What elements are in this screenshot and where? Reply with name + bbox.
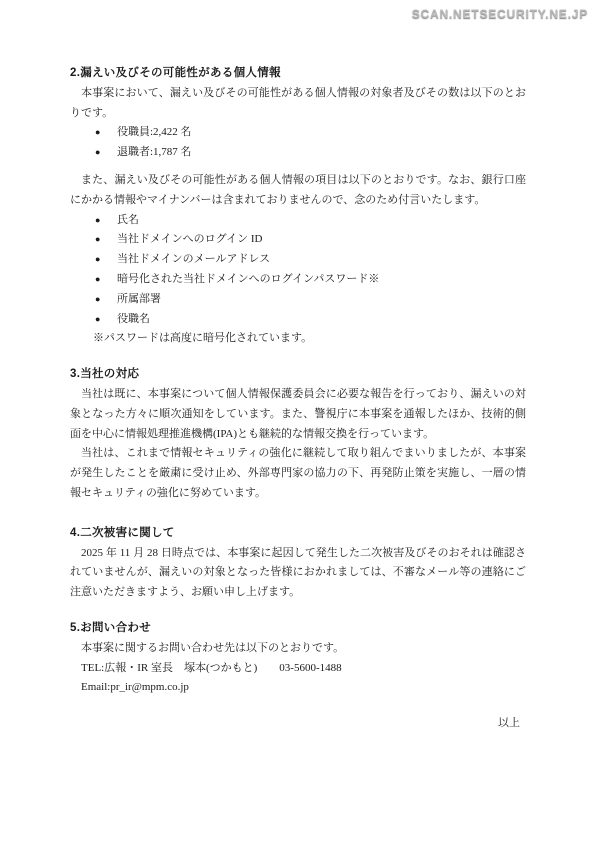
watermark: SCAN.NETSECURITY.NE.JP [412,7,588,21]
section-heading: 3.当社の対応 [70,365,526,385]
section-heading: 5.お問い合わせ [70,619,526,639]
paragraph: 当社は既に、本事案について個人情報保護委員会に必要な報告を行っており、漏えいの対… [70,385,526,444]
paragraph: 本事案において、漏えい及びその可能性がある個人情報の対象者及びその数は以下のとお… [70,84,526,124]
section-heading: 2.漏えい及びその可能性がある個人情報 [70,64,526,84]
document-content: 2.漏えい及びその可能性がある個人情報 本事案において、漏えい及びその可能性があ… [70,64,526,745]
bullet-item: 当社ドメインへのログイン ID [70,230,526,250]
section-leaked-personal-info: 2.漏えい及びその可能性がある個人情報 本事案において、漏えい及びその可能性があ… [70,64,526,349]
paragraph: また、漏えい及びその可能性がある個人情報の項目は以下のとおりです。なお、銀行口座… [70,171,526,211]
bullet-item: 退職者:1,787 名 [70,143,526,163]
bullet-item: 暗号化された当社ドメインへのログインパスワード※ [70,270,526,290]
bullet-item: 役職名 [70,310,526,330]
bullet-item: 氏名 [70,211,526,231]
leaked-items-list: 氏名 当社ドメインへのログイン ID 当社ドメインのメールアドレス 暗号化された… [70,211,526,330]
section-company-response: 3.当社の対応 当社は既に、本事案について個人情報保護委員会に必要な報告を行って… [70,365,526,504]
section-secondary-damage: 4.二次被害に関して 2025 年 11 月 28 日時点では、本事案に起因して… [70,524,526,603]
contact-email: Email:pr_ir@mpm.co.jp [70,678,526,698]
section-contact: 5.お問い合わせ 本事案に関するお問い合わせ先は以下のとおりです。 TEL:広報… [70,619,526,698]
bullet-item: 所属部署 [70,290,526,310]
footnote: ※パスワードは高度に暗号化されています。 [70,329,526,349]
contact-intro: 本事案に関するお問い合わせ先は以下のとおりです。 [70,639,526,659]
section-heading: 4.二次被害に関して [70,524,526,544]
paragraph: 2025 年 11 月 28 日時点では、本事案に起因して発生した二次被害及びそ… [70,544,526,603]
document-page: SCAN.NETSECURITY.NE.JP 2.漏えい及びその可能性がある個人… [0,0,595,841]
closing-mark: 以上 [70,714,526,734]
affected-count-list: 役職員:2,422 名 退職者:1,787 名 [70,123,526,163]
bullet-item: 当社ドメインのメールアドレス [70,250,526,270]
contact-tel: TEL:広報・IR 室長 塚本(つかもと) 03-5600-1488 [70,659,526,679]
paragraph: 当社は、これまで情報セキュリティの強化に継続して取り組んでまいりましたが、本事案… [70,444,526,503]
bullet-item: 役職員:2,422 名 [70,123,526,143]
